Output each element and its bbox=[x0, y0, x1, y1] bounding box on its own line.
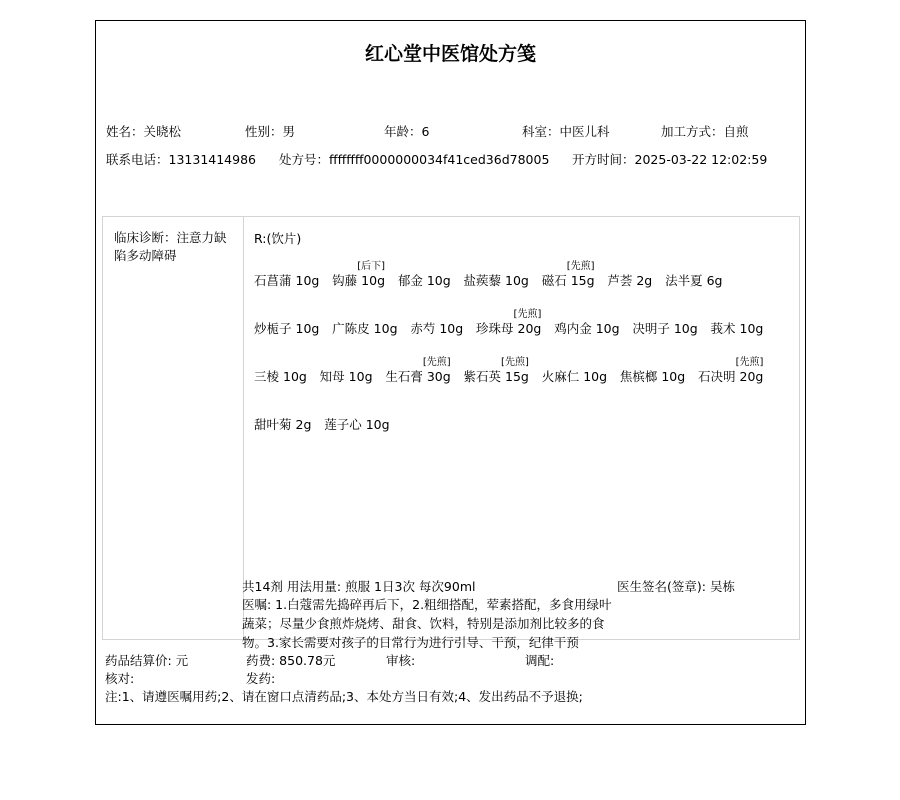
gender-label: 性别： bbox=[245, 124, 283, 139]
herb-note: [后下] bbox=[357, 257, 385, 272]
herb-item: 赤芍 10g bbox=[410, 305, 463, 337]
herb-dose: 10g bbox=[661, 369, 685, 384]
herb-item: 甜叶菊 2g bbox=[254, 401, 311, 433]
herb-dose: 10g bbox=[361, 273, 385, 288]
rx-no-label: 处方号： bbox=[279, 152, 329, 167]
herb-dose: 20g bbox=[740, 369, 764, 384]
herb-dose: 2g bbox=[636, 273, 652, 288]
herb-note: [先煎] bbox=[736, 353, 764, 368]
herb-row: 三棱 10g 知母 10g [先煎]生石膏 30g [先煎]紫石英 15g 火麻… bbox=[254, 353, 772, 389]
doctor-advice: 医嘱: 1.白蔻需先捣碎再后下，2.粗细搭配，荤素搭配，多食用绿叶蔬菜；尽量少食… bbox=[242, 595, 614, 652]
dispense-field: 发药: bbox=[246, 669, 275, 687]
herb-dose: 30g bbox=[427, 369, 451, 384]
herb-name: 生石膏 bbox=[385, 369, 423, 384]
herb-name: 广陈皮 bbox=[332, 321, 370, 336]
herb-dose: 15g bbox=[505, 369, 529, 384]
herb-item: 石菖蒲 10g bbox=[254, 257, 319, 289]
herb-item: 知母 10g bbox=[320, 353, 373, 385]
phone-label: 联系电话： bbox=[106, 152, 169, 167]
herb-dose: 20g bbox=[518, 321, 542, 336]
herb-name: 石决明 bbox=[698, 369, 736, 384]
herb-item: 焦槟榔 10g bbox=[620, 353, 685, 385]
herb-row: 炒栀子 10g 广陈皮 10g 赤芍 10g [先煎]珍珠母 20g 鸡内金 1… bbox=[254, 305, 772, 341]
herb-dose: 15g bbox=[571, 273, 595, 288]
herb-dose: 10g bbox=[296, 321, 320, 336]
drug-settlement-price: 药品结算价: 元 bbox=[105, 651, 188, 669]
gender-value: 男 bbox=[283, 124, 296, 139]
herb-item: 莲子心 10g bbox=[324, 401, 389, 433]
herb-note: [先煎] bbox=[567, 257, 595, 272]
herb-note: [先煎] bbox=[514, 305, 542, 320]
herb-dose: 10g bbox=[505, 273, 529, 288]
process-label: 加工方式： bbox=[661, 124, 724, 139]
prescription-number: 处方号：ffffffff0000000034f41ced36d78005 bbox=[279, 150, 549, 168]
prescription-form: 红心堂中医馆处方笺 姓名：关晓松 性别：男 年龄：6 科室：中医儿科 加工方式：… bbox=[95, 20, 806, 725]
herb-item: 芦荟 2g bbox=[607, 257, 652, 289]
doctor-signature: 医生签名(签章): 吴栋 bbox=[617, 577, 735, 595]
patient-age: 年龄：6 bbox=[384, 122, 429, 140]
rx-no-value: ffffffff0000000034f41ced36d78005 bbox=[329, 152, 549, 167]
herb-name: 磁石 bbox=[542, 273, 567, 288]
herb-name: 决明子 bbox=[632, 321, 670, 336]
herb-note: [先煎] bbox=[423, 353, 451, 368]
page-title: 红心堂中医馆处方笺 bbox=[96, 39, 805, 66]
herb-name: 钩藤 bbox=[332, 273, 357, 288]
herb-name: 鸡内金 bbox=[554, 321, 592, 336]
herb-item: [后下]钩藤 10g bbox=[332, 257, 385, 289]
herb-name: 甜叶菊 bbox=[254, 417, 292, 432]
prescription-time: 开方时间：2025-03-22 12:02:59 bbox=[572, 150, 767, 168]
clinical-diagnosis: 临床诊断：注意力缺陷多动障碍 bbox=[114, 229, 239, 265]
herb-dose: 10g bbox=[283, 369, 307, 384]
herb-dose: 10g bbox=[427, 273, 451, 288]
herb-row: 甜叶菊 2g 莲子心 10g bbox=[254, 401, 399, 437]
herb-note: [先煎] bbox=[501, 353, 529, 368]
herb-item: 炒栀子 10g bbox=[254, 305, 319, 337]
herb-item: [先煎]紫石英 15g bbox=[464, 353, 529, 385]
patient-phone: 联系电话：13131414986 bbox=[106, 150, 256, 168]
review-field: 审核: bbox=[386, 651, 415, 669]
herb-name: 莪术 bbox=[711, 321, 736, 336]
herb-item: [先煎]石决明 20g bbox=[698, 353, 763, 385]
herb-name: 郁金 bbox=[398, 273, 423, 288]
herb-item: 火麻仁 10g bbox=[542, 353, 607, 385]
herb-name: 知母 bbox=[320, 369, 345, 384]
herb-item: 广陈皮 10g bbox=[332, 305, 397, 337]
usage-dosage: 共14剂 用法用量: 煎服 1日3次 每次90ml bbox=[242, 577, 475, 595]
patient-name: 姓名：关晓松 bbox=[106, 122, 181, 140]
herb-item: 郁金 10g bbox=[398, 257, 451, 289]
age-value: 6 bbox=[422, 124, 430, 139]
dispense-prep-field: 调配: bbox=[525, 651, 554, 669]
herb-name: 炒栀子 bbox=[254, 321, 292, 336]
herb-dose: 10g bbox=[439, 321, 463, 336]
check-field: 核对: bbox=[105, 669, 134, 687]
age-label: 年龄： bbox=[384, 124, 422, 139]
herb-name: 盐蒺藜 bbox=[464, 273, 502, 288]
herb-name: 石菖蒲 bbox=[254, 273, 292, 288]
herb-dose: 6g bbox=[707, 273, 723, 288]
rx-header: R:(饮片) bbox=[254, 229, 301, 247]
herb-name: 紫石英 bbox=[464, 369, 502, 384]
herb-dose: 2g bbox=[296, 417, 312, 432]
herb-dose: 10g bbox=[596, 321, 620, 336]
patient-gender: 性别：男 bbox=[245, 122, 295, 140]
drug-fee: 药费: 850.78元 bbox=[246, 651, 335, 669]
herb-item: 盐蒺藜 10g bbox=[464, 257, 529, 289]
dept-value: 中医儿科 bbox=[560, 124, 610, 139]
herb-item: 鸡内金 10g bbox=[554, 305, 619, 337]
herb-dose: 10g bbox=[349, 369, 373, 384]
herb-dose: 10g bbox=[374, 321, 398, 336]
herb-name: 珍珠母 bbox=[476, 321, 514, 336]
dept-label: 科室： bbox=[522, 124, 560, 139]
herb-row: 石菖蒲 10g [后下]钩藤 10g 郁金 10g 盐蒺藜 10g [先煎]磁石… bbox=[254, 257, 731, 293]
herb-dose: 10g bbox=[674, 321, 698, 336]
herb-item: 三棱 10g bbox=[254, 353, 307, 385]
herb-item: 莪术 10g bbox=[711, 305, 764, 337]
name-label: 姓名： bbox=[106, 124, 144, 139]
herb-name: 法半夏 bbox=[665, 273, 703, 288]
herb-name: 三棱 bbox=[254, 369, 279, 384]
herb-dose: 10g bbox=[366, 417, 390, 432]
diagnosis-label: 临床诊断： bbox=[114, 230, 177, 245]
herb-item: 法半夏 6g bbox=[665, 257, 722, 289]
patient-dept: 科室：中医儿科 bbox=[522, 122, 610, 140]
herb-dose: 10g bbox=[583, 369, 607, 384]
herb-item: [先煎]生石膏 30g bbox=[385, 353, 450, 385]
process-value: 自煎 bbox=[724, 124, 749, 139]
herb-dose: 10g bbox=[296, 273, 320, 288]
notice-text: 注:1、请遵医嘱用药;2、请在窗口点清药品;3、本处方当日有效;4、发出药品不予… bbox=[105, 687, 583, 705]
herb-name: 芦荟 bbox=[607, 273, 632, 288]
time-label: 开方时间： bbox=[572, 152, 635, 167]
herb-item: [先煎]磁石 15g bbox=[542, 257, 595, 289]
herb-item: [先煎]珍珠母 20g bbox=[476, 305, 541, 337]
herb-item: 决明子 10g bbox=[632, 305, 697, 337]
herb-dose: 10g bbox=[740, 321, 764, 336]
column-divider bbox=[243, 217, 244, 639]
herb-name: 焦槟榔 bbox=[620, 369, 658, 384]
phone-value: 13131414986 bbox=[169, 152, 256, 167]
herb-name: 火麻仁 bbox=[542, 369, 580, 384]
process-method: 加工方式：自煎 bbox=[661, 122, 749, 140]
herb-name: 莲子心 bbox=[324, 417, 362, 432]
name-value: 关晓松 bbox=[144, 124, 182, 139]
time-value: 2025-03-22 12:02:59 bbox=[635, 152, 768, 167]
herb-name: 赤芍 bbox=[410, 321, 435, 336]
